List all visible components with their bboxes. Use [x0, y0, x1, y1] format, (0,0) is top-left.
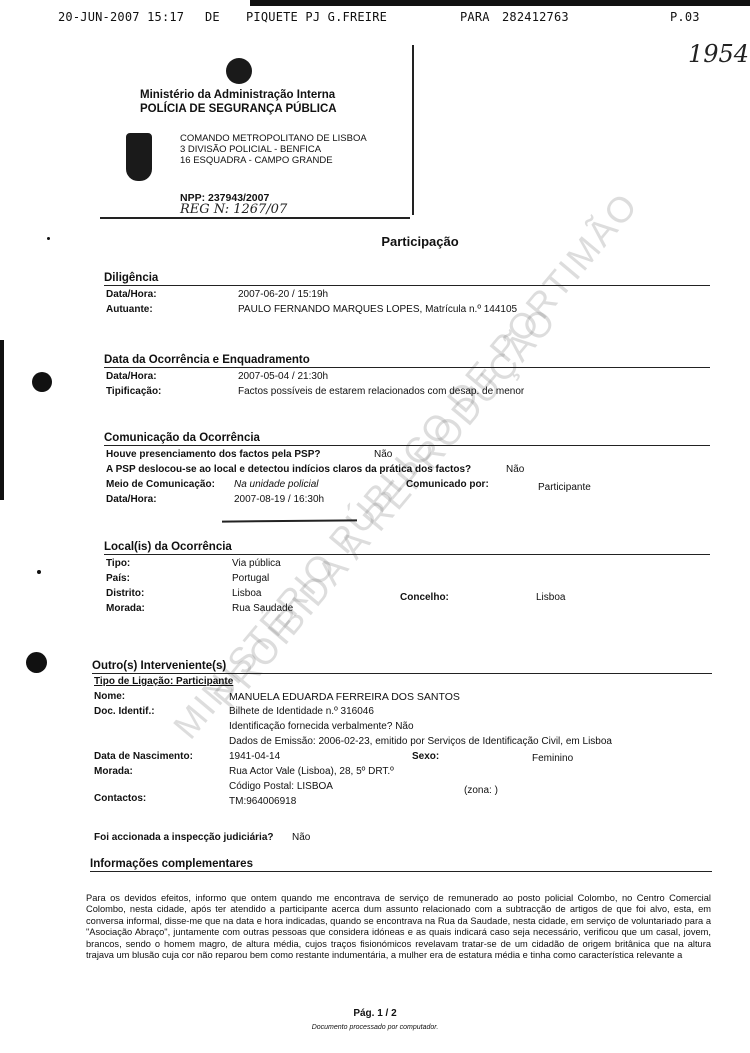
command-line: COMANDO METROPOLITANO DE LISBOA [180, 133, 367, 144]
question-label: Foi accionada a inspecção judiciária? [94, 832, 274, 843]
section-heading: Outro(s) Interveniente(s) [92, 660, 712, 674]
field-value: PAULO FERNANDO MARQUES LOPES, Matrícula … [238, 304, 517, 315]
section-heading: Diligência [104, 272, 710, 286]
scan-edge-top [250, 0, 750, 6]
field-value: Participante [538, 482, 591, 493]
field-row: Código Postal: LISBOA (zona: ) [92, 781, 712, 796]
punch-hole [26, 652, 47, 673]
field-row: Doc. Identif.: Bilhete de Identidade n.º… [92, 706, 712, 721]
field-value: (zona: ) [464, 785, 498, 796]
section-diligencia: Diligência Data/Hora: 2007-06-20 / 15:19… [104, 272, 710, 319]
section-heading: Comunicação da Ocorrência [104, 432, 710, 446]
question-label: Houve presenciamento dos factos pela PSP… [106, 449, 321, 460]
field-row: Identificação fornecida verbalmente? Não [92, 721, 712, 736]
question-label: A PSP deslocou-se ao local e detectou in… [106, 464, 471, 475]
field-row: Meio de Comunicação: Na unidade policial… [104, 479, 710, 494]
field-label: Doc. Identif.: [94, 706, 155, 717]
fax-datetime: 20-JUN-2007 15:17 [58, 10, 184, 24]
fax-from: PIQUETE PJ G.FREIRE [246, 10, 387, 24]
scan-edge-left [0, 340, 4, 500]
field-label: Morada: [106, 603, 145, 614]
section-comunicacao: Comunicação da Ocorrência Houve presenci… [104, 432, 710, 509]
field-value: Lisboa [536, 592, 565, 603]
command-block: COMANDO METROPOLITANO DE LISBOA 3 DIVISÃ… [180, 133, 367, 166]
letterhead-ministry: Ministério da Administração Interna POLÍ… [140, 88, 337, 116]
field-label: Distrito: [106, 588, 144, 599]
question-row: Houve presenciamento dos factos pela PSP… [104, 449, 710, 464]
field-value: TM:964006918 [229, 796, 296, 807]
field-row: Nome: MANUELA EDUARDA FERREIRA DOS SANTO… [92, 691, 712, 706]
fax-to-label: PARA [460, 10, 490, 24]
field-value: 1941-04-14 [229, 751, 280, 762]
field-value: Código Postal: LISBOA [229, 781, 333, 792]
field-value: Portugal [232, 573, 269, 584]
section-heading: Data da Ocorrência e Enquadramento [104, 354, 710, 368]
field-label: Contactos: [94, 793, 146, 804]
field-label: Concelho: [400, 592, 449, 603]
question-answer: Não [292, 832, 310, 843]
field-value: Dados de Emissão: 2006-02-23, emitido po… [229, 736, 612, 747]
letterhead-divider-vertical [412, 45, 414, 215]
link-type: Tipo de Ligação: Participante [94, 676, 233, 687]
field-row: Autuante: PAULO FERNANDO MARQUES LOPES, … [104, 304, 710, 319]
field-value: Feminino [532, 753, 573, 764]
field-label: Tipo: [106, 558, 130, 569]
handwritten-page-number: 1954 [688, 40, 749, 68]
fax-page: P.03 [670, 10, 700, 24]
letterhead-divider-horizontal [100, 217, 410, 219]
field-value: MANUELA EDUARDA FERREIRA DOS SANTOS [229, 691, 460, 703]
inspeccao-row: Foi accionada a inspecção judiciária? Nã… [92, 832, 698, 847]
fax-to: 282412763 [502, 10, 569, 24]
field-row: Distrito: Lisboa Concelho: Lisboa [104, 588, 710, 603]
republic-emblem-icon [226, 58, 252, 84]
field-row: Dados de Emissão: 2006-02-23, emitido po… [92, 736, 712, 751]
footer-note: Documento processado por computador. [0, 1024, 750, 1031]
field-label: País: [106, 573, 130, 584]
page-indicator: Pág. 1 / 2 [0, 1008, 750, 1019]
field-value: Rua Saudade [232, 603, 293, 614]
field-row: Data/Hora: 2007-08-19 / 16:30h [104, 494, 710, 509]
question-answer: Não [506, 464, 524, 475]
field-label: Comunicado por: [406, 479, 489, 490]
question-row: A PSP deslocou-se ao local e detectou in… [104, 464, 710, 479]
field-label: Autuante: [106, 304, 153, 315]
field-label: Sexo: [412, 751, 439, 762]
section-intervenientes: Outro(s) Interveniente(s) Tipo de Ligaçã… [92, 660, 712, 811]
police-name: POLÍCIA DE SEGURANÇA PÚBLICA [140, 102, 337, 116]
section-local: Local(is) da Ocorrência Tipo: Via públic… [104, 541, 710, 618]
field-label: Meio de Comunicação: [106, 479, 215, 490]
field-label: Data/Hora: [106, 371, 157, 382]
question-row: Foi accionada a inspecção judiciária? Nã… [92, 832, 698, 847]
handwritten-reg-number: REG N: 1267/07 [180, 202, 287, 217]
scan-speck [37, 570, 41, 574]
field-row: Data/Hora: 2007-05-04 / 21:30h [104, 371, 710, 386]
field-row: Tipificação: Factos possíveis de estarem… [104, 386, 710, 401]
field-value: 2007-08-19 / 16:30h [234, 494, 324, 505]
field-value: Rua Actor Vale (Lisboa), 28, 5º DRT.º [229, 766, 394, 777]
page-title: Participação [0, 234, 750, 249]
field-value: Na unidade policial [234, 479, 319, 490]
section-ocorrencia: Data da Ocorrência e Enquadramento Data/… [104, 354, 710, 401]
field-row: Data/Hora: 2007-06-20 / 15:19h [104, 289, 710, 304]
field-value: Via pública [232, 558, 281, 569]
field-value: Factos possíveis de estarem relacionados… [238, 386, 524, 397]
field-label: Morada: [94, 766, 133, 777]
punch-hole [32, 372, 52, 392]
field-label: Tipificação: [106, 386, 161, 397]
field-value: Lisboa [232, 588, 261, 599]
field-row: Morada: Rua Saudade [104, 603, 710, 618]
field-row: Morada: Rua Actor Vale (Lisboa), 28, 5º … [92, 766, 712, 781]
section-heading: Local(is) da Ocorrência [104, 541, 710, 555]
scan-speck [47, 237, 50, 240]
field-value: Bilhete de Identidade n.º 316046 [229, 706, 374, 717]
command-line: 16 ESQUADRA - CAMPO GRANDE [180, 155, 367, 166]
field-row: País: Portugal [104, 573, 710, 588]
complementary-text: Para os devidos efeitos, informo que ont… [86, 893, 711, 961]
field-value: 2007-06-20 / 15:19h [238, 289, 328, 300]
field-value: Identificação fornecida verbalmente? Não [229, 721, 414, 732]
section-complementares: Informações complementares [90, 858, 712, 872]
field-row: Tipo de Ligação: Participante [92, 676, 712, 691]
field-label: Nome: [94, 691, 125, 702]
question-answer: Não [374, 449, 392, 460]
field-label: Data de Nascimento: [94, 751, 193, 762]
field-label: Data/Hora: [106, 494, 157, 505]
fax-from-label: DE [205, 10, 220, 24]
field-label: Data/Hora: [106, 289, 157, 300]
section-heading: Informações complementares [90, 858, 712, 872]
command-line: 3 DIVISÃO POLICIAL - BENFICA [180, 144, 367, 155]
field-row: Contactos: TM:964006918 [92, 796, 712, 811]
ministry-name: Ministério da Administração Interna [140, 88, 337, 102]
field-row: Tipo: Via pública [104, 558, 710, 573]
field-row: Data de Nascimento: 1941-04-14 Sexo: Fem… [92, 751, 712, 766]
field-value: 2007-05-04 / 21:30h [238, 371, 328, 382]
psp-crest-icon [126, 133, 152, 181]
